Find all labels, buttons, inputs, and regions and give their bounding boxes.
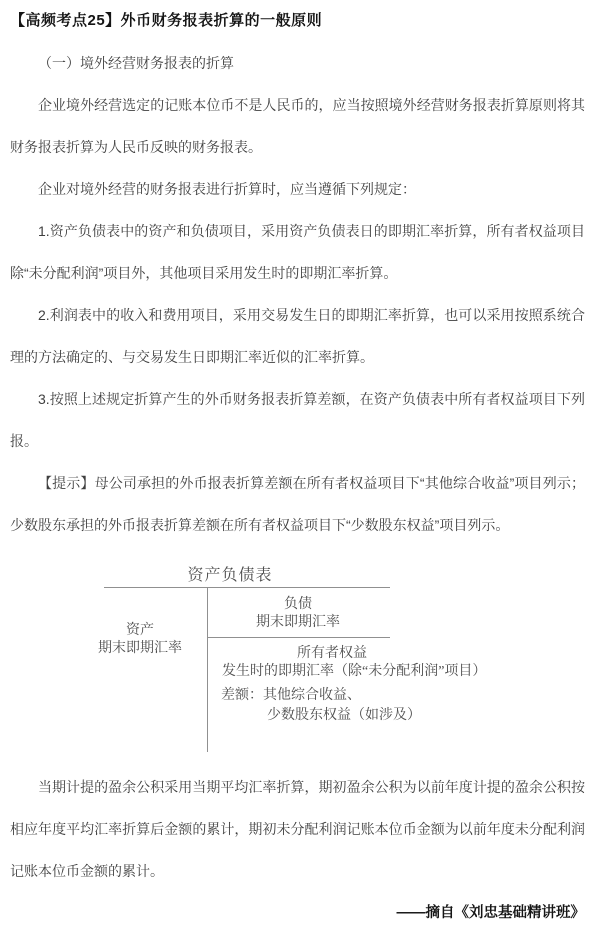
- balance-sheet-diagram: 资产负债表 资产 期末即期汇率 负债 期末即期汇率 所有者权益 发生时的即期汇率…: [10, 546, 585, 766]
- diagram-top-rule: [104, 587, 390, 588]
- paragraph-tip: 【提示】母公司承担的外币报表折算差额在所有者权益项目下“其他综合收益”项目列示；…: [10, 462, 585, 546]
- paragraph-rule-1: 1.资产负债表中的资产和负债项目，采用资产负债表日的即期汇率折算，所有者权益项目…: [10, 210, 585, 294]
- paragraph-rule-3: 3.按照上述规定折算产生的外币财务报表折算差额，在资产负债表中所有者权益项目下列…: [10, 378, 585, 462]
- paragraph-overview: 企业境外经营选定的记账本位币不是人民币的，应当按照境外经营财务报表折算原则将其财…: [10, 84, 585, 168]
- section-heading: （一）境外经营财务报表的折算: [10, 42, 585, 84]
- diagram-middle-rule: [207, 637, 390, 638]
- liabilities-line-2: 期末即期汇率: [208, 614, 388, 632]
- diagram-title: 资产负债表: [150, 562, 310, 585]
- liabilities-line-1: 负债: [208, 596, 388, 614]
- equity-rate-note: 发生时的即期汇率（除“未分配利润”项目）: [222, 663, 486, 681]
- source-attribution: ——摘自《刘忠基础精讲班》: [10, 892, 585, 931]
- paragraph-surplus-reserve: 当期计提的盈余公积采用当期平均汇率折算，期初盈余公积为以前年度计提的盈余公积按相…: [10, 766, 585, 892]
- document-page: 【高频考点25】外币财务报表折算的一般原则 （一）境外经营财务报表的折算 企业境…: [0, 0, 595, 931]
- diagram-liabilities-label: 负债 期末即期汇率: [208, 596, 388, 632]
- equity-heading: 所有者权益: [297, 645, 367, 663]
- paragraph-rule-2: 2.利润表中的收入和费用项目，采用交易发生日的即期汇率折算，也可以采用按照系统合…: [10, 294, 585, 378]
- equity-difference-note: 差额：其他综合收益、: [221, 687, 361, 705]
- paragraph-rules-intro: 企业对境外经营的财务报表进行折算时，应当遵循下列规定：: [10, 168, 585, 210]
- diagram-assets-label: 资产 期末即期汇率: [85, 622, 195, 658]
- assets-line-2: 期末即期汇率: [85, 640, 195, 658]
- page-title: 【高频考点25】外币财务报表折算的一般原则: [10, 0, 585, 42]
- equity-minority-note: 少数股东权益（如涉及）: [267, 707, 421, 725]
- assets-line-1: 资产: [85, 622, 195, 640]
